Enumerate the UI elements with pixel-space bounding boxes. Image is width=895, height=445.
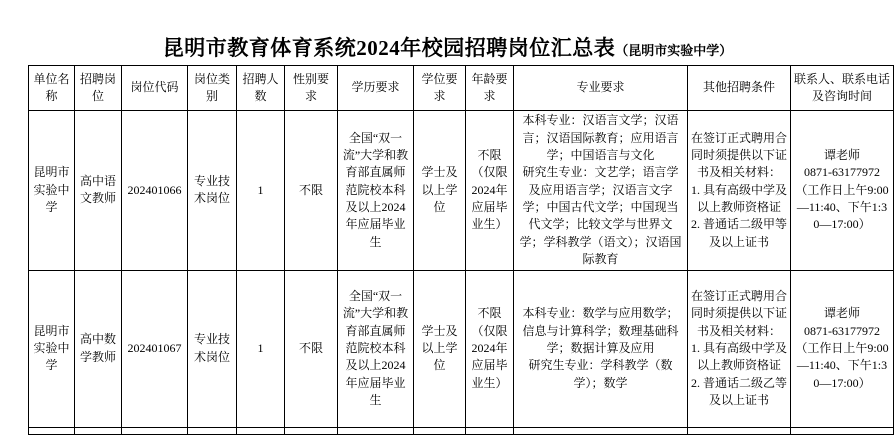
cell-other-conditions: 在签订正式聘用合同时须提供以下证书及相关材料： 1. 具有高级中学及以上教师资格…: [688, 270, 791, 427]
page-title-sub: （昆明市实验中学）: [615, 43, 732, 58]
page-title: 昆明市教育体育系统2024年校园招聘岗位汇总表（昆明市实验中学）: [0, 0, 895, 60]
cell-gender-requirement: 不限: [285, 111, 338, 271]
table-row-partial: [29, 427, 894, 434]
cell-unit-name: 昆明市实验中学: [29, 270, 75, 427]
cell-empty: [514, 427, 688, 434]
header-position-code: 岗位代码: [122, 66, 188, 111]
cell-position-category: 专业技术岗位: [188, 270, 237, 427]
cell-position: 高中语文教师: [75, 111, 122, 271]
document-page: 昆明市教育体育系统2024年校园招聘岗位汇总表（昆明市实验中学） 单位名称 招聘…: [0, 0, 895, 445]
cell-unit-name: 昆明市实验中学: [29, 111, 75, 271]
cell-empty: [285, 427, 338, 434]
recruitment-table: 单位名称 招聘岗位 岗位代码 岗位类别 招聘人数 性别要求 学历要求 学位要求 …: [28, 65, 894, 435]
cell-headcount: 1: [237, 111, 285, 271]
header-major-requirement: 专业要求: [514, 66, 688, 111]
table-row: 昆明市实验中学 高中语文教师 202401066 专业技术岗位 1 不限 全国“…: [29, 111, 894, 271]
cell-degree-requirement: 学士及以上学位: [414, 270, 466, 427]
cell-empty: [75, 427, 122, 434]
page-title-main: 昆明市教育体育系统2024年校园招聘岗位汇总表: [163, 36, 616, 60]
cell-contact-info: 谭老师 0871-63177972 （工作日上午9:00—11:40、下午1:3…: [791, 111, 894, 271]
cell-gender-requirement: 不限: [285, 270, 338, 427]
header-age-requirement: 年龄要求: [466, 66, 514, 111]
cell-empty: [237, 427, 285, 434]
header-contact-info: 联系人、联系电话及咨询时间: [791, 66, 894, 111]
header-unit-name: 单位名称: [29, 66, 75, 111]
cell-position-code: 202401066: [122, 111, 188, 271]
cell-empty: [338, 427, 414, 434]
header-education-requirement: 学历要求: [338, 66, 414, 111]
table-row: 昆明市实验中学 高中数学教师 202401067 专业技术岗位 1 不限 全国“…: [29, 270, 894, 427]
cell-empty: [688, 427, 791, 434]
table-header-row: 单位名称 招聘岗位 岗位代码 岗位类别 招聘人数 性别要求 学历要求 学位要求 …: [29, 66, 894, 111]
cell-contact-info: 谭老师 0871-63177972 （工作日上午9:00—11:40、下午1:3…: [791, 270, 894, 427]
cell-education-requirement: 全国“双一流”大学和教育部直属师范院校本科及以上2024年应届毕业生: [338, 270, 414, 427]
cell-age-requirement: 不限（仅限2024年应届毕业生）: [466, 111, 514, 271]
cell-empty: [122, 427, 188, 434]
cell-age-requirement: 不限（仅限2024年应届毕业生）: [466, 270, 514, 427]
cell-empty: [466, 427, 514, 434]
header-degree-requirement: 学位要求: [414, 66, 466, 111]
cell-major-requirement: 本科专业：数学与应用数学；信息与计算科学；数理基础科学；数据计算及应用 研究生专…: [514, 270, 688, 427]
cell-position-category: 专业技术岗位: [188, 111, 237, 271]
cell-degree-requirement: 学士及以上学位: [414, 111, 466, 271]
header-other-conditions: 其他招聘条件: [688, 66, 791, 111]
cell-position: 高中数学教师: [75, 270, 122, 427]
cell-empty: [29, 427, 75, 434]
cell-empty: [414, 427, 466, 434]
header-headcount: 招聘人数: [237, 66, 285, 111]
header-position-category: 岗位类别: [188, 66, 237, 111]
cell-position-code: 202401067: [122, 270, 188, 427]
cell-empty: [791, 427, 894, 434]
cell-empty: [188, 427, 237, 434]
cell-other-conditions: 在签订正式聘用合同时须提供以下证书及相关材料： 1. 具有高级中学及以上教师资格…: [688, 111, 791, 271]
header-gender-requirement: 性别要求: [285, 66, 338, 111]
cell-major-requirement: 本科专业：汉语言文学；汉语言；汉语国际教育；应用语言学；中国语言与文化 研究生专…: [514, 111, 688, 271]
header-position: 招聘岗位: [75, 66, 122, 111]
cell-education-requirement: 全国“双一流”大学和教育部直属师范院校本科及以上2024年应届毕业生: [338, 111, 414, 271]
cell-headcount: 1: [237, 270, 285, 427]
